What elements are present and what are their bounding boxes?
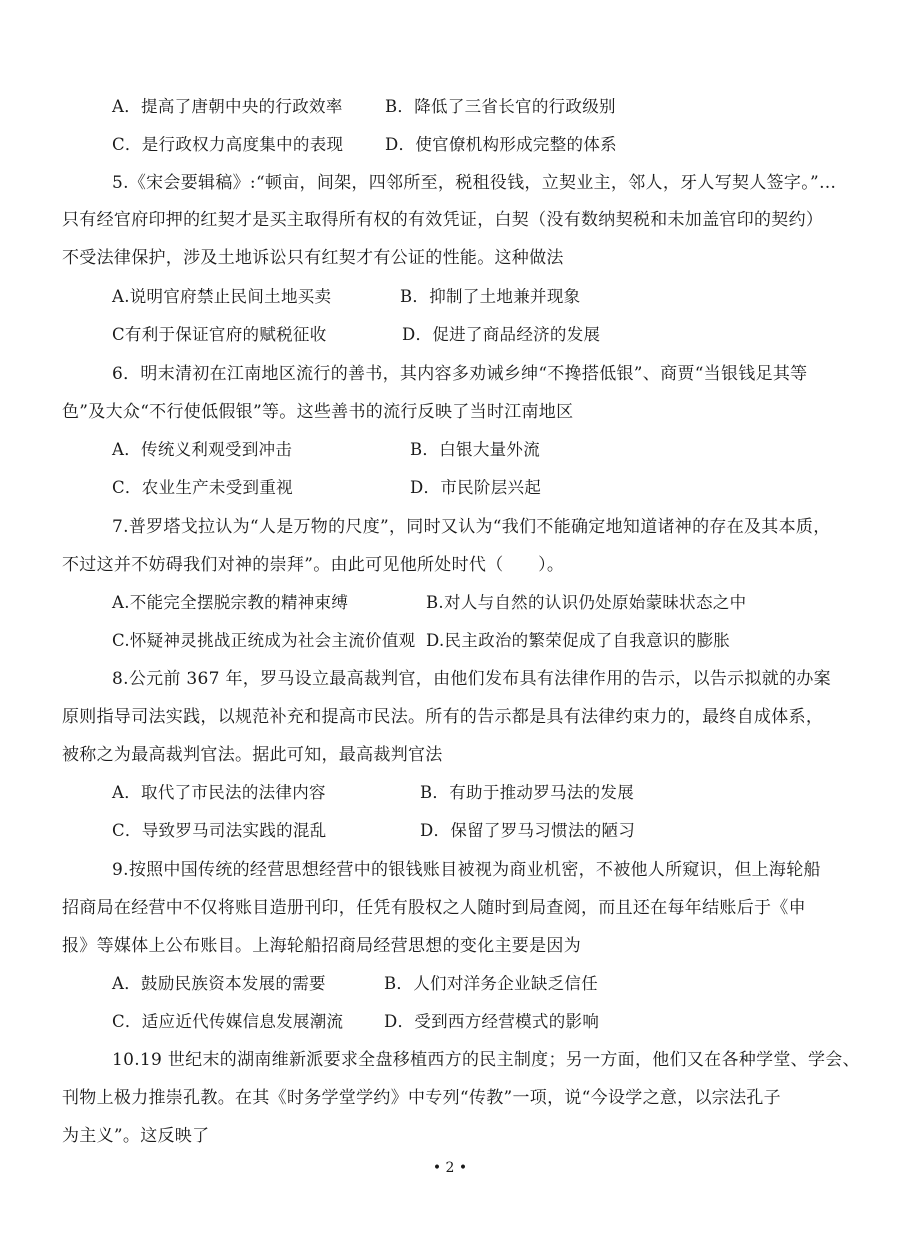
q10-stem-line-1: 10.19 世纪末的湖南维新派要求全盘移植西方的民主制度；另一方面，他们又在各种… bbox=[112, 1050, 860, 1070]
q6-stem-line-1: 6．明末清初在江南地区流行的善书，其内容多劝诫乡绅“不搀搭低银”、商贾“当银钱足… bbox=[112, 364, 808, 384]
q4-option-a: A．提高了唐朝中央的行政效率 bbox=[112, 97, 343, 117]
q6-option-c: C．农业生产未受到重视 bbox=[112, 478, 293, 498]
q5-stem-line-1: 5.《宋会要辑稿》:“顿亩，间架，四邻所至，税租役钱，立契业主，邻人，牙人写契人… bbox=[112, 173, 836, 193]
q4-option-c: C．是行政权力高度集中的表现 bbox=[112, 135, 343, 155]
q7-option-c: C.怀疑神灵挑战正统成为社会主流价值观 bbox=[112, 631, 415, 651]
q8-option-a: A．取代了市民法的法律内容 bbox=[112, 783, 326, 803]
q7-stem-line-2: 不过这并不妨碍我们对神的崇拜”。由此可见他所处时代（ ）。 bbox=[62, 555, 564, 575]
q6-option-d: D．市民阶层兴起 bbox=[410, 478, 541, 498]
q6-option-a: A．传统义利观受到冲击 bbox=[112, 440, 292, 460]
q5-option-d: D．促进了商品经济的发展 bbox=[402, 325, 600, 345]
q7-option-a: A.不能完全摆脱宗教的精神束缚 bbox=[112, 593, 348, 613]
q5-stem-line-2: 只有经官府印押的红契才是买主取得所有权的有效凭证，白契（没有数纳契税和未加盖官印… bbox=[62, 210, 823, 230]
q6-stem-line-2: 色”及大众“不行使低假银”等。这些善书的流行反映了当时江南地区 bbox=[62, 402, 573, 422]
q9-option-d: D．受到西方经营模式的影响 bbox=[384, 1012, 599, 1032]
q7-option-d: D.民主政治的繁荣促成了自我意识的膨胀 bbox=[426, 631, 730, 651]
q8-stem-line-2: 原则指导司法实践，以规范补充和提高市民法。所有的告示都是具有法律约束力的，最终自… bbox=[62, 707, 823, 727]
q10-stem-line-3: 为主义”。这反映了 bbox=[62, 1126, 209, 1146]
q8-option-b: B．有助于推动罗马法的发展 bbox=[420, 783, 634, 803]
q9-option-b: B．人们对洋务企业缺乏信任 bbox=[384, 974, 598, 994]
q8-option-d: D．保留了罗马习惯法的陋习 bbox=[420, 821, 635, 841]
q8-option-c: C．导致罗马司法实践的混乱 bbox=[112, 821, 327, 841]
q4-option-b: B．降低了三省长官的行政级别 bbox=[385, 97, 616, 117]
q9-stem-line-1: 9.按照中国传统的经营思想经营中的银钱账目被视为商业机密，不被他人所窥识，但上海… bbox=[112, 860, 821, 880]
page-number: • 2 • bbox=[0, 1160, 900, 1176]
q9-stem-line-3: 报》等媒体上公布账目。上海轮船招商局经营思想的变化主要是因为 bbox=[62, 936, 581, 956]
q8-stem-line-1: 8.公元前 367 年，罗马设立最高裁判官，由他们发布具有法律作用的告示，以告示… bbox=[112, 669, 831, 689]
q5-option-a: A.说明官府禁止民间土地买卖 bbox=[112, 287, 331, 307]
q4-option-d: D．使官僚机构形成完整的体系 bbox=[385, 135, 617, 155]
q9-option-c: C．适应近代传媒信息发展潮流 bbox=[112, 1012, 343, 1032]
q5-stem-line-3: 不受法律保护，涉及土地诉讼只有红契才有公证的性能。这种做法 bbox=[62, 248, 564, 268]
q9-stem-line-2: 招商局在经营中不仅将账目造册刊印，任凭有股权之人随时到局查阅，而且还在每年结账后… bbox=[62, 898, 806, 918]
q9-option-a: A．鼓励民族资本发展的需要 bbox=[112, 974, 326, 994]
q7-option-b: B.对人与自然的认识仍处原始蒙昧状态之中 bbox=[426, 593, 746, 613]
q7-stem-line-1: 7.普罗塔戈拉认为“人是万物的尺度”，同时又认为“我们不能确定地知道诸神的存在及… bbox=[112, 517, 831, 537]
q5-option-c: C有利于保证官府的赋税征收 bbox=[112, 325, 327, 345]
q8-stem-line-3: 被称之为最高裁判官法。据此可知，最高裁判官法 bbox=[62, 745, 443, 765]
q10-stem-line-2: 刊物上极力推崇孔教。在其《时务学堂学约》中专列“传教”一项，说“今设学之意，以宗… bbox=[62, 1088, 781, 1108]
q5-option-b: B．抑制了土地兼并现象 bbox=[400, 287, 580, 307]
q6-option-b: B．白银大量外流 bbox=[410, 440, 540, 460]
